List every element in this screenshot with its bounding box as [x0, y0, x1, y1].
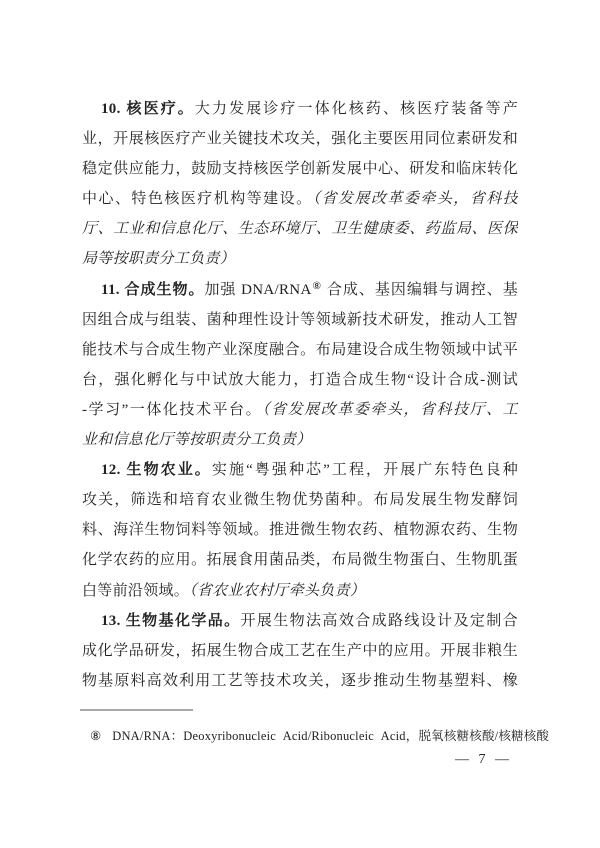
footnote-text: DNA/RNA：Deoxyribonucleic Acid/Ribonuclei… — [112, 729, 549, 743]
text-segment: 业，开展核医疗产业关键技术攻关，强化主要医用同位素研发和 — [82, 131, 518, 147]
text-segment: 料、海洋生物饲料等领域。推进微生物农药、植物源农药、生物 — [82, 522, 518, 538]
text-segment: 实施“粤强种芯”工程，开展广东特色良种 — [212, 462, 518, 478]
text-line: 料、海洋生物饲料等领域。推进微生物农药、植物源农药、生物 — [82, 515, 518, 545]
paragraph-item-11-synthetic-biology: 11. 合成生物。加强 DNA/RNA⑧ 合成、基因编辑与调控、基因组合成与组装… — [82, 275, 518, 456]
text-line: 12. 生物农业。实施“粤强种芯”工程，开展广东特色良种 — [82, 455, 518, 485]
text-segment: 合成、基因编辑与调控、基 — [322, 282, 518, 298]
text-segment: 攻关，筛选和培育农业微生物优势菌种。布局发展生物发酵饲 — [82, 492, 518, 508]
text-line: 白等前沿领域。（省农业农村厅牵头负责） — [82, 576, 518, 606]
text-line: 稳定供应能力，鼓励支持核医学创新发展中心、研发和临床转化 — [82, 154, 518, 184]
text-segment: 物基原料高效利用工艺等技术攻关，逐步推动生物基塑料、橡 — [82, 673, 518, 689]
text-segment: 厅、工业和信息化厅、生态环境厅、卫生健康委、药监局、医保 — [82, 221, 518, 237]
text-segment: 加强 DNA/RNA — [204, 282, 311, 298]
text-segment: 开展生物法高效合成路线设计及定制合 — [241, 613, 519, 629]
text-segment: 局等按职责分工负责） — [82, 251, 235, 267]
footnote: ⑧DNA/RNA：Deoxyribonucleic Acid/Ribonucle… — [90, 728, 520, 745]
text-line: 11. 合成生物。加强 DNA/RNA⑧ 合成、基因编辑与调控、基 — [82, 275, 518, 305]
text-segment: 13. 生物基化学品。 — [101, 613, 241, 629]
text-segment: 台，强化孵化与中试放大能力，打造合成生物“设计合成-测试 — [82, 372, 518, 388]
page-number: — 7 — — [455, 752, 512, 768]
footnote-marker: ⑧ — [90, 729, 101, 743]
text-line: 台，强化孵化与中试放大能力，打造合成生物“设计合成-测试 — [82, 365, 518, 395]
document-body: 10. 核医疗。大力发展诊疗一体化核药、核医疗装备等产业，开展核医疗产业关键技术… — [82, 94, 518, 696]
text-segment: 业和信息化厅等按职责分工负责） — [82, 432, 312, 448]
text-segment: 因组合成与组装、菌种理性设计等领域新技术研发，推动人工智 — [82, 312, 518, 328]
text-line: 厅、工业和信息化厅、生态环境厅、卫生健康委、药监局、医保 — [82, 214, 518, 244]
text-segment: 能技术与合成生物产业深度融合。布局建设合成生物领域中试平 — [82, 342, 518, 358]
text-segment: 稳定供应能力，鼓励支持核医学创新发展中心、研发和临床转化 — [82, 161, 518, 177]
text-segment: （省发展改革委牵头，省科技 — [313, 191, 518, 207]
paragraph-item-13-bio-based-chemicals: 13. 生物基化学品。开展生物法高效合成路线设计及定制合成化学品研发，拓展生物合… — [82, 606, 518, 696]
paragraph-item-10-nuclear-medicine: 10. 核医疗。大力发展诊疗一体化核药、核医疗装备等产业，开展核医疗产业关键技术… — [82, 94, 518, 275]
text-segment: -学习”一体化技术平台。 — [82, 402, 262, 418]
paragraph-item-12-bio-agriculture: 12. 生物农业。实施“粤强种芯”工程，开展广东特色良种攻关，筛选和培育农业微生… — [82, 455, 518, 605]
footnote-ref-marker: ⑧ — [312, 281, 323, 292]
text-line: 物基原料高效利用工艺等技术攻关，逐步推动生物基塑料、橡 — [82, 666, 518, 696]
text-segment: （省农业农村厅牵头负责） — [189, 583, 365, 599]
text-line: 化学农药的应用。拓展食用菌品类，布局微生物蛋白、生物肌蛋 — [82, 545, 518, 575]
text-line: 攻关，筛选和培育农业微生物优势菌种。布局发展生物发酵饲 — [82, 485, 518, 515]
text-line: 10. 核医疗。大力发展诊疗一体化核药、核医疗装备等产 — [82, 94, 518, 124]
text-line: 业和信息化厅等按职责分工负责） — [82, 425, 518, 455]
text-line: 局等按职责分工负责） — [82, 244, 518, 274]
text-line: 成化学品研发，拓展生物合成工艺在生产中的应用。开展非粮生 — [82, 636, 518, 666]
text-line: -学习”一体化技术平台。（省发展改革委牵头，省科技厅、工 — [82, 395, 518, 425]
text-line: 13. 生物基化学品。开展生物法高效合成路线设计及定制合 — [82, 606, 518, 636]
text-segment: 大力发展诊疗一体化核药、核医疗装备等产 — [195, 101, 518, 117]
text-line: 能技术与合成生物产业深度融合。布局建设合成生物领域中试平 — [82, 335, 518, 365]
text-segment: 化学农药的应用。拓展食用菌品类，布局微生物蛋白、生物肌蛋 — [82, 552, 518, 568]
footnote-divider — [80, 709, 193, 711]
text-segment: 10. 核医疗。 — [101, 101, 195, 117]
text-segment: 12. 生物农业。 — [101, 462, 212, 478]
text-line: 业，开展核医疗产业关键技术攻关，强化主要医用同位素研发和 — [82, 124, 518, 154]
text-line: 中心、特色核医疗机构等建设。（省发展改革委牵头，省科技 — [82, 184, 518, 214]
text-segment: 成化学品研发，拓展生物合成工艺在生产中的应用。开展非粮生 — [82, 643, 518, 659]
text-segment: 白等前沿领域。 — [82, 583, 189, 599]
text-line: 因组合成与组装、菌种理性设计等领域新技术研发，推动人工智 — [82, 305, 518, 335]
text-segment: 11. 合成生物。 — [101, 282, 204, 298]
text-segment: 中心、特色核医疗机构等建设。 — [82, 191, 313, 207]
document-page: 10. 核医疗。大力发展诊疗一体化核药、核医疗装备等产业，开展核医疗产业关键技术… — [0, 0, 600, 848]
text-segment: （省发展改革委牵头，省科技厅、工 — [262, 402, 518, 418]
